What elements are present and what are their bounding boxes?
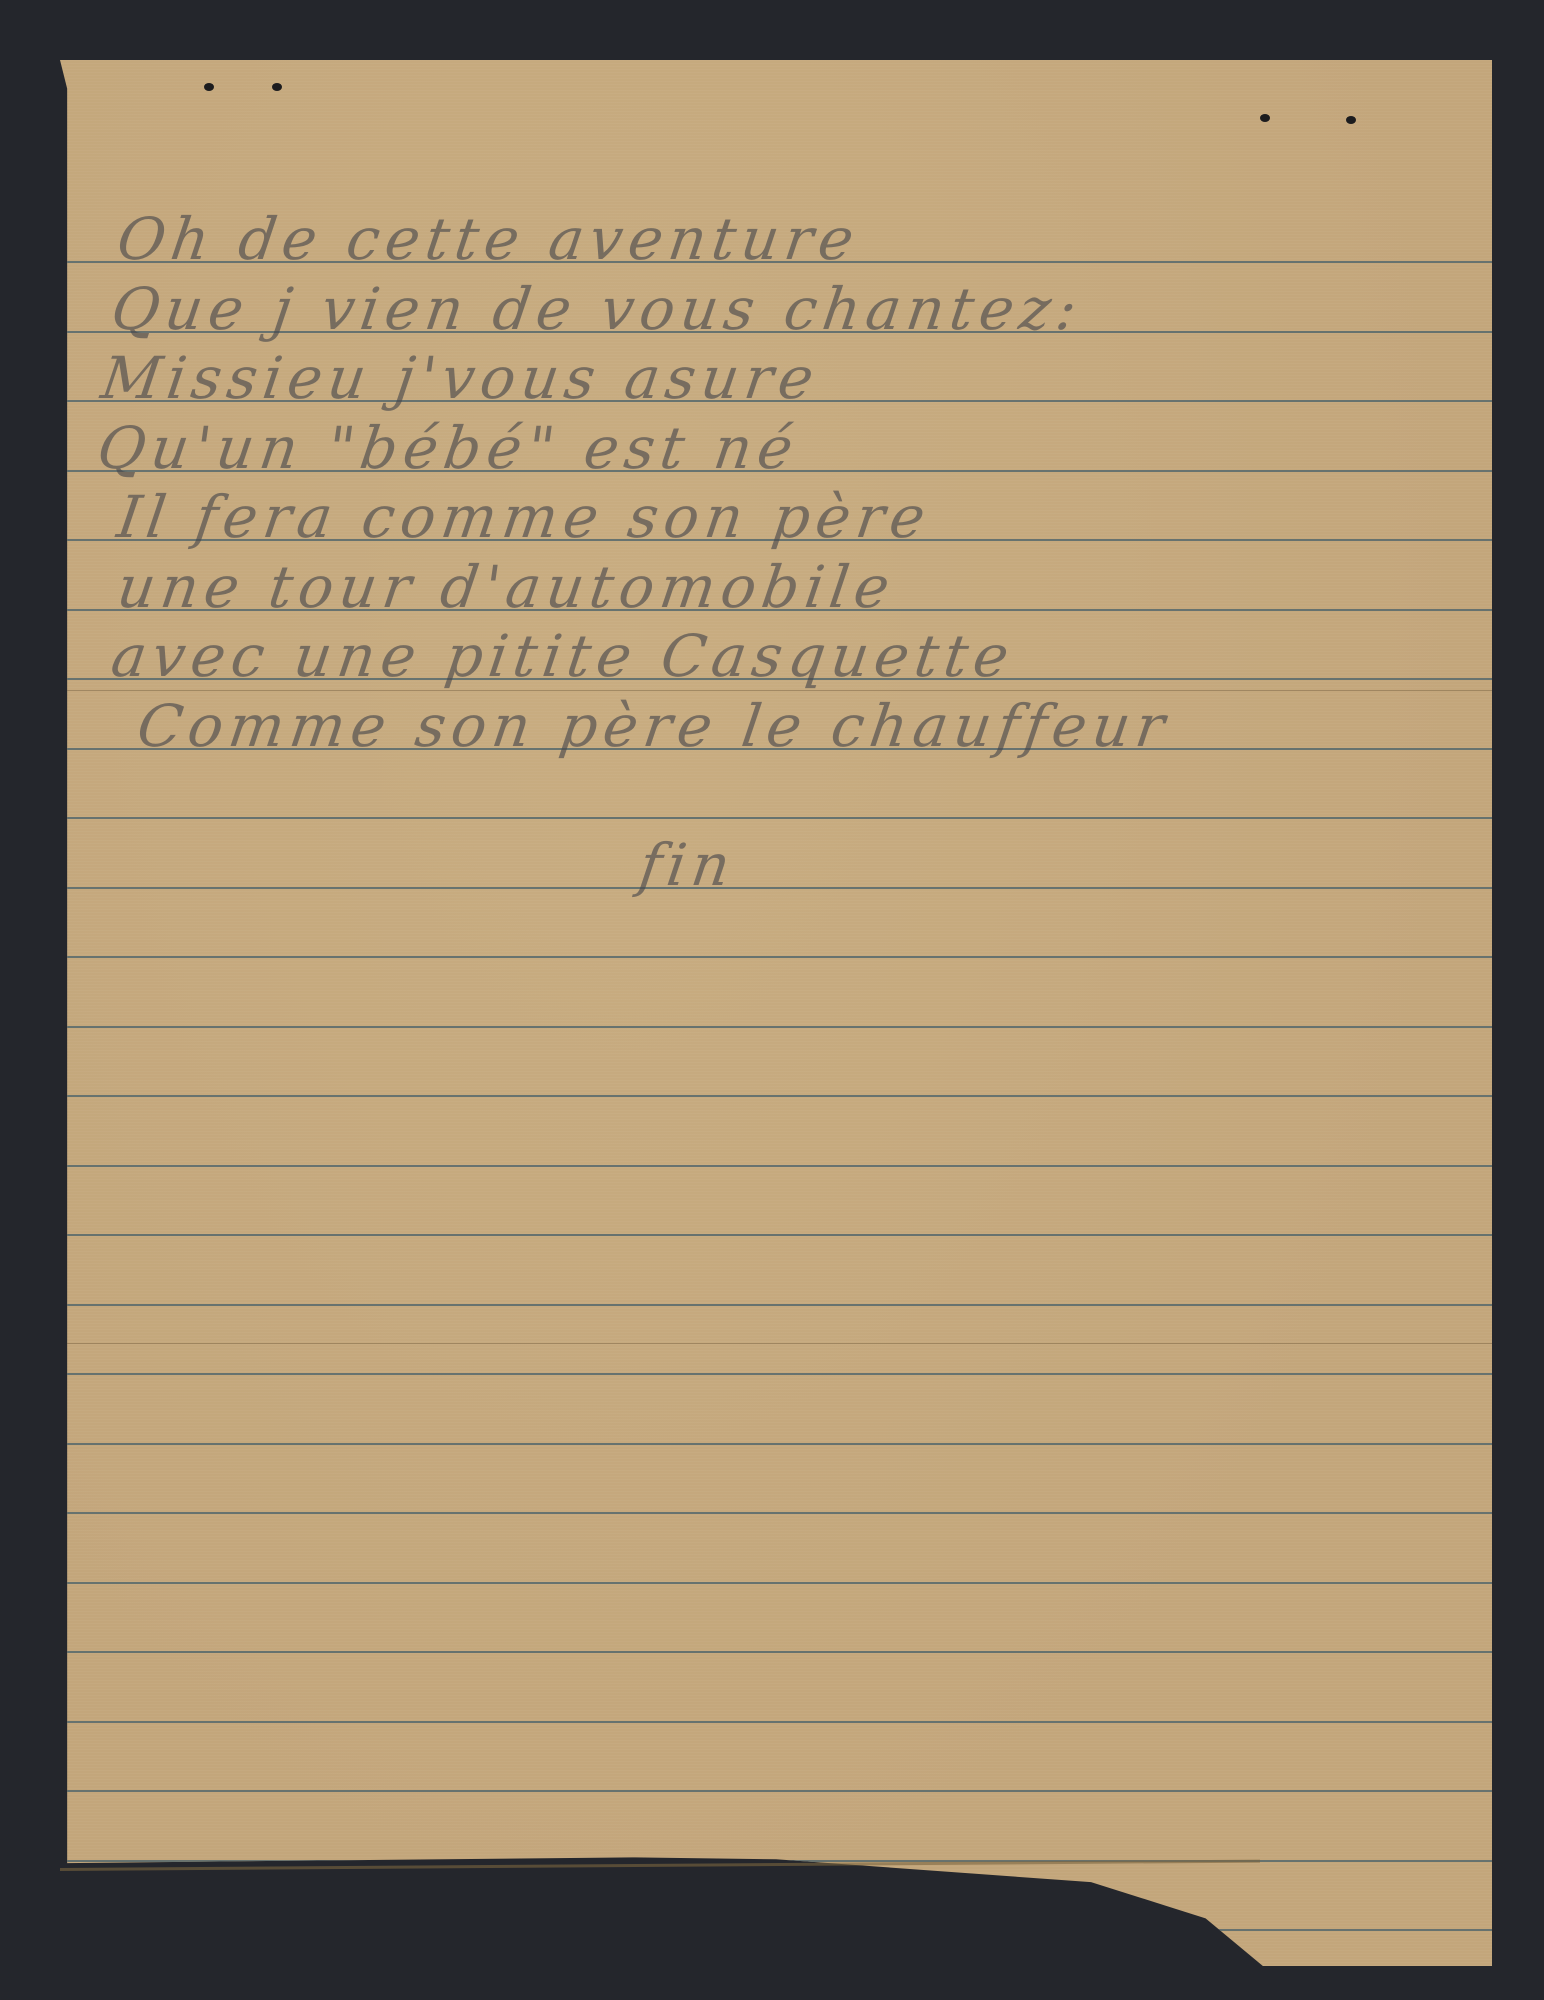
lyric-line-7: avec une pitite Casquette	[108, 627, 1018, 685]
lined-paper-sheet: Oh de cette aventure Que j vien de vous …	[60, 60, 1492, 1966]
punch-hole	[204, 83, 214, 91]
ruled-line	[60, 1790, 1492, 1792]
ruled-line	[60, 956, 1492, 958]
punch-hole	[1346, 116, 1356, 124]
lyric-line-8: Comme son père le chauffeur	[134, 697, 1174, 755]
ruled-line	[60, 1026, 1492, 1028]
closing-word: fin	[636, 836, 740, 894]
lyric-line-1: Oh de cette aventure	[114, 210, 863, 268]
lyric-line-3: Missieu j'vous asure	[98, 349, 823, 407]
ruled-line	[60, 1582, 1492, 1584]
ruled-line	[60, 817, 1492, 819]
ruled-line	[60, 1095, 1492, 1097]
ruled-line	[60, 1860, 1492, 1862]
ruled-line	[60, 1234, 1492, 1236]
punch-hole	[1260, 114, 1270, 122]
ruled-line	[60, 1304, 1492, 1306]
ruled-line	[60, 1721, 1492, 1723]
ruled-line	[60, 1373, 1492, 1375]
lyric-line-6: une tour d'automobile	[114, 558, 899, 616]
ruled-line	[60, 1651, 1492, 1653]
fold-line	[60, 1343, 1492, 1344]
ruled-line	[60, 1165, 1492, 1167]
lyric-line-4: Qu'un "bébé" est né	[94, 419, 802, 477]
lyric-line-2: Que j vien de vous chantez:	[108, 280, 1086, 338]
ruled-line	[60, 887, 1492, 889]
ruled-line	[60, 1443, 1492, 1445]
fold-line	[60, 690, 1492, 691]
ruled-line	[60, 1512, 1492, 1514]
punch-hole	[272, 83, 282, 91]
ruled-line	[60, 1929, 1492, 1931]
lyric-line-5: Il fera comme son père	[114, 488, 935, 546]
